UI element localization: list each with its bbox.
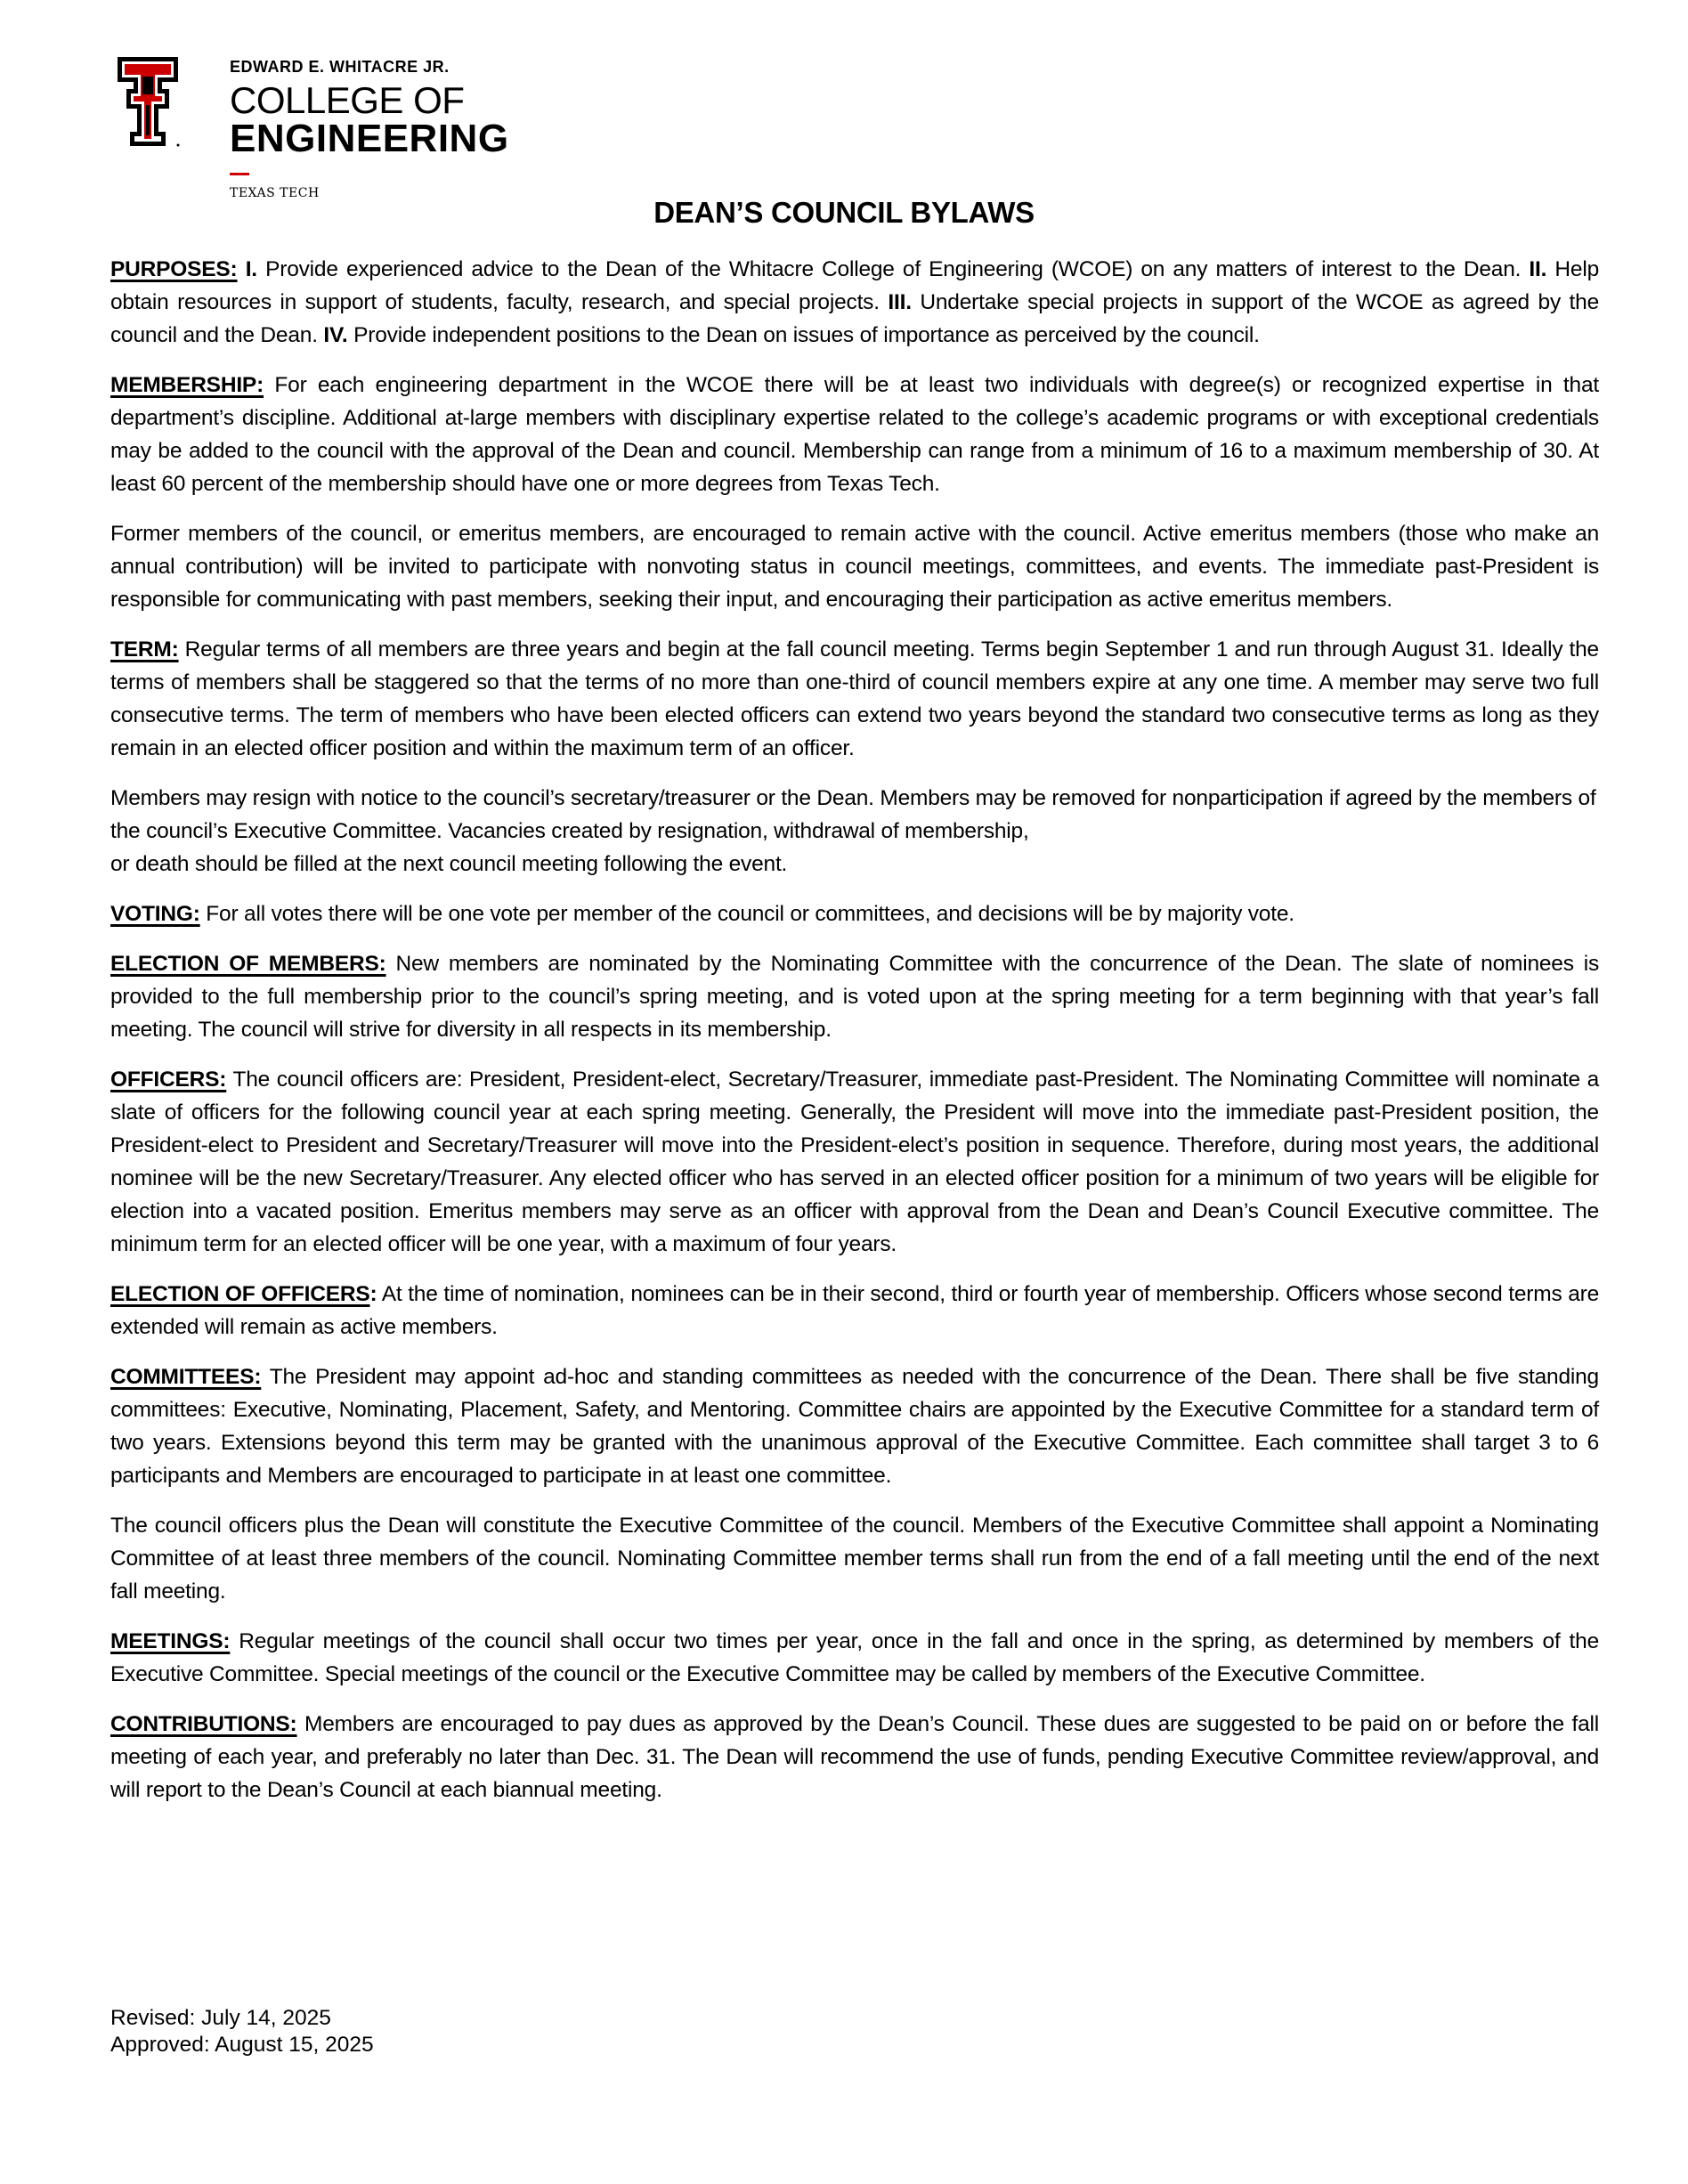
section-text: The council officers are: President, Pre… bbox=[110, 1068, 1599, 1256]
section-text: For each engineering department in the W… bbox=[110, 373, 1599, 496]
logo-subtitle: EDWARD E. WHITACRE JR. bbox=[230, 57, 509, 77]
section-text: Members may resign with notice to the co… bbox=[110, 786, 1596, 843]
logo-engineering: ENGINEERING bbox=[230, 119, 509, 158]
section-heading: ELECTION OF OFFICERS bbox=[110, 1282, 370, 1306]
logo-red-rule bbox=[230, 173, 249, 175]
section-text: For all votes there will be one vote per… bbox=[200, 902, 1294, 926]
section-text: Members are encouraged to pay dues as ap… bbox=[110, 1712, 1599, 1802]
section-emeritus: Former members of the council, or emerit… bbox=[110, 517, 1599, 616]
section-text: Regular terms of all members are three y… bbox=[110, 637, 1599, 760]
section-heading: MEMBERSHIP: bbox=[110, 373, 264, 397]
revised-date: Revised: July 14, 2025 bbox=[110, 2005, 374, 2032]
roman-numeral: III. bbox=[888, 290, 911, 314]
section-heading: TERM: bbox=[110, 637, 179, 662]
section-text: The President may appoint ad-hoc and sta… bbox=[110, 1365, 1599, 1488]
section-text: The council officers plus the Dean will … bbox=[110, 1514, 1599, 1603]
section-contributions: CONTRIBUTIONS: Members are encouraged to… bbox=[110, 1708, 1599, 1806]
section-text: Regular meetings of the council shall oc… bbox=[110, 1629, 1599, 1686]
section-election-of-members: ELECTION OF MEMBERS: New members are nom… bbox=[110, 947, 1599, 1046]
revision-footer: Revised: July 14, 2025 Approved: August … bbox=[110, 2005, 374, 2058]
section-heading: COMMITTEES: bbox=[110, 1365, 261, 1389]
college-logo: EDWARD E. WHITACRE JR. COLLEGE OF ENGINE… bbox=[116, 55, 543, 189]
section-resignation: Members may resign with notice to the co… bbox=[110, 782, 1599, 881]
section-text: Provide independent positions to the Dea… bbox=[348, 323, 1260, 347]
section-heading: VOTING: bbox=[110, 902, 200, 926]
section-voting: VOTING: For all votes there will be one … bbox=[110, 897, 1599, 930]
section-membership: MEMBERSHIP: For each engineering departm… bbox=[110, 369, 1599, 500]
section-text: or death should be filled at the next co… bbox=[110, 852, 787, 876]
roman-numeral: IV. bbox=[323, 323, 347, 347]
section-officers: OFFICERS: The council officers are: Pres… bbox=[110, 1063, 1599, 1261]
page-title: DEAN’S COUNCIL BYLAWS bbox=[0, 196, 1688, 230]
double-t-logo-icon bbox=[116, 55, 180, 148]
section-text: Former members of the council, or emerit… bbox=[110, 522, 1599, 612]
section-committees: COMMITTEES: The President may appoint ad… bbox=[110, 1360, 1599, 1492]
roman-numeral: I. bbox=[246, 257, 257, 281]
section-heading: PURPOSES: bbox=[110, 257, 238, 281]
section-heading: CONTRIBUTIONS: bbox=[110, 1712, 297, 1736]
section-meetings: MEETINGS: Regular meetings of the counci… bbox=[110, 1625, 1599, 1691]
section-term: TERM: Regular terms of all members are t… bbox=[110, 633, 1599, 765]
section-purposes: PURPOSES: I. Provide experienced advice … bbox=[110, 253, 1599, 352]
section-election-of-officers: ELECTION OF OFFICERS: At the time of nom… bbox=[110, 1278, 1599, 1344]
section-executive-committee: The council officers plus the Dean will … bbox=[110, 1509, 1599, 1608]
bylaws-body: PURPOSES: I. Provide experienced advice … bbox=[110, 253, 1599, 1823]
roman-numeral: II. bbox=[1529, 257, 1546, 281]
section-text: Provide experienced advice to the Dean o… bbox=[257, 257, 1530, 281]
section-heading: ELECTION OF MEMBERS: bbox=[110, 952, 386, 976]
approved-date: Approved: August 15, 2025 bbox=[110, 2032, 374, 2058]
section-heading: MEETINGS: bbox=[110, 1629, 230, 1653]
logo-college-of: COLLEGE OF bbox=[230, 82, 509, 119]
section-heading: OFFICERS: bbox=[110, 1068, 226, 1092]
